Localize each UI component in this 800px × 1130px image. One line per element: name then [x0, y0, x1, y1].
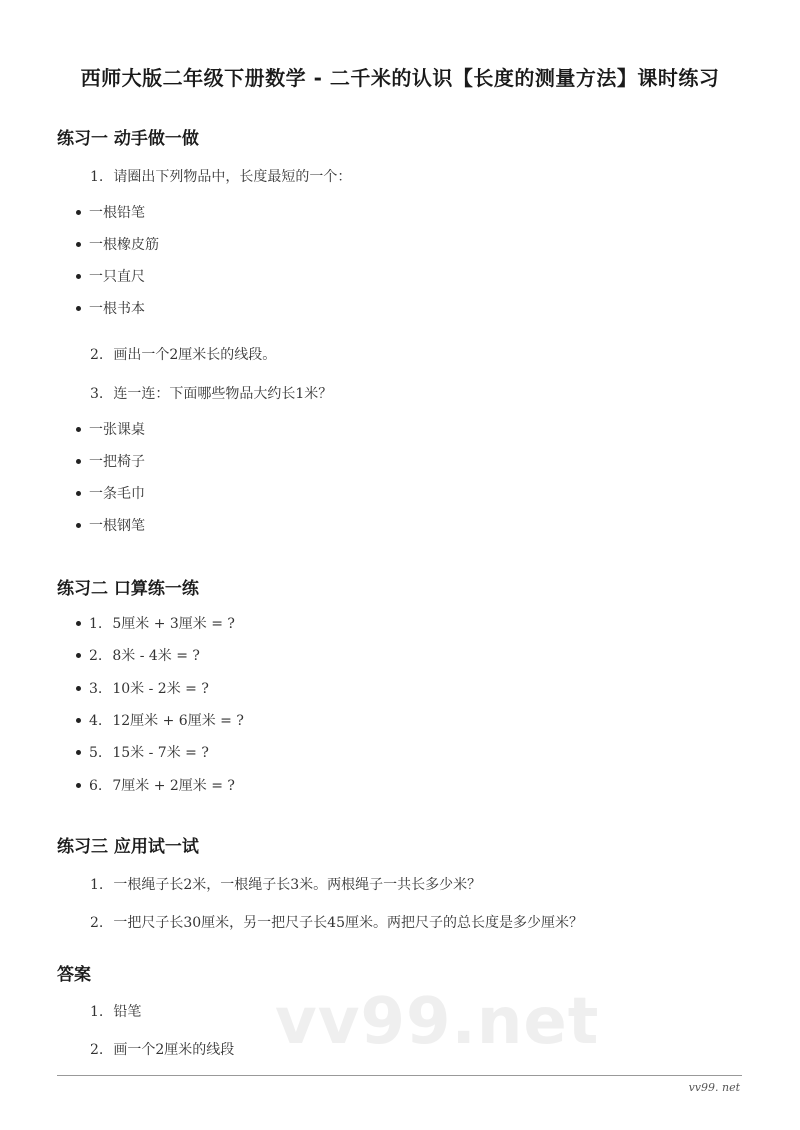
calc-item: 4.12厘米 + 6厘米 = ? — [76, 710, 244, 730]
option-item: 一根钢笔 — [76, 515, 145, 535]
option-text: 一张课桌 — [89, 422, 145, 438]
bullet-icon — [76, 750, 81, 755]
word-problem: 1.一根绳子长2米，一根绳子长3米。两根绳子一共长多少米？ — [90, 874, 481, 894]
option-text: 一根钢笔 — [89, 518, 145, 534]
option-text: 一把椅子 — [89, 454, 145, 470]
section-heading-3: 练习三 应用试一试 — [57, 832, 199, 857]
option-item: 一把椅子 — [76, 451, 145, 471]
item-number: 6. — [89, 778, 102, 794]
bullet-icon — [76, 523, 81, 528]
calc-item: 3.10米 - 2米 = ? — [76, 678, 209, 698]
question-1-3: 3.连一连：下面哪些物品大约长1米？ — [90, 383, 332, 403]
question-number: 2. — [90, 347, 103, 363]
bullet-icon — [76, 783, 81, 788]
item-number: 5. — [89, 745, 102, 761]
bullet-icon — [76, 210, 81, 215]
item-number: 3. — [89, 681, 102, 697]
option-item: 一张课桌 — [76, 419, 145, 439]
option-item: 一根书本 — [76, 298, 145, 318]
option-text: 一根书本 — [89, 301, 145, 317]
calc-item: 1.5厘米 + 3厘米 = ? — [76, 613, 235, 633]
option-text: 一只直尺 — [89, 269, 145, 285]
item-number: 2. — [90, 1042, 103, 1058]
calc-item: 6.7厘米 + 2厘米 = ? — [76, 775, 235, 795]
item-number: 2. — [89, 648, 102, 664]
item-text: 7厘米 + 2厘米 = ? — [112, 778, 235, 794]
calc-item: 5.15米 - 7米 = ? — [76, 742, 209, 762]
bullet-icon — [76, 686, 81, 691]
bullet-icon — [76, 621, 81, 626]
item-number: 4. — [89, 713, 102, 729]
section-heading-1: 练习一 动手做一做 — [57, 124, 199, 149]
option-text: 一根铅笔 — [89, 205, 145, 221]
page-title: 西师大版二年级下册数学 - 二千米的认识【长度的测量方法】课时练习 — [0, 62, 800, 91]
item-number: 1. — [90, 1004, 103, 1020]
watermark: vv99.net — [275, 985, 599, 1059]
option-item: 一条毛巾 — [76, 483, 145, 503]
option-text: 一条毛巾 — [89, 486, 145, 502]
bullet-icon — [76, 718, 81, 723]
item-number: 1. — [89, 616, 102, 632]
footer-divider — [57, 1075, 742, 1076]
bullet-icon — [76, 242, 81, 247]
question-text: 请圈出下列物品中，长度最短的一个： — [113, 169, 351, 185]
item-text: 画一个2厘米的线段 — [113, 1042, 234, 1058]
bullet-icon — [76, 274, 81, 279]
question-number: 3. — [90, 386, 103, 402]
item-number: 1. — [90, 877, 103, 893]
item-text: 12厘米 + 6厘米 = ? — [112, 713, 244, 729]
item-text: 一把尺子长30厘米，另一把尺子长45厘米。两把尺子的总长度是多少厘米？ — [113, 915, 583, 931]
bullet-icon — [76, 653, 81, 658]
question-1-2: 2.画出一个2厘米长的线段。 — [90, 344, 276, 364]
section-heading-answers: 答案 — [57, 960, 91, 985]
option-item: 一只直尺 — [76, 266, 145, 286]
item-text: 10米 - 2米 = ? — [112, 681, 209, 697]
option-item: 一根橡皮筋 — [76, 234, 159, 254]
answer-item: 1.铅笔 — [90, 1001, 141, 1021]
bullet-icon — [76, 306, 81, 311]
option-item: 一根铅笔 — [76, 202, 145, 222]
question-number: 1. — [90, 169, 103, 185]
word-problem: 2.一把尺子长30厘米，另一把尺子长45厘米。两把尺子的总长度是多少厘米？ — [90, 912, 583, 932]
question-text: 连一连：下面哪些物品大约长1米？ — [113, 386, 332, 402]
bullet-icon — [76, 491, 81, 496]
item-number: 2. — [90, 915, 103, 931]
bullet-icon — [76, 459, 81, 464]
item-text: 5厘米 + 3厘米 = ? — [112, 616, 235, 632]
item-text: 铅笔 — [113, 1004, 141, 1020]
question-text: 画出一个2厘米长的线段。 — [113, 347, 276, 363]
item-text: 15米 - 7米 = ? — [112, 745, 209, 761]
bullet-icon — [76, 427, 81, 432]
answer-item: 2.画一个2厘米的线段 — [90, 1039, 234, 1059]
calc-item: 2.8米 - 4米 = ? — [76, 645, 200, 665]
item-text: 8米 - 4米 = ? — [112, 648, 200, 664]
item-text: 一根绳子长2米，一根绳子长3米。两根绳子一共长多少米？ — [113, 877, 481, 893]
question-1-1: 1.请圈出下列物品中，长度最短的一个： — [90, 166, 351, 186]
option-text: 一根橡皮筋 — [89, 237, 159, 253]
section-heading-2: 练习二 口算练一练 — [57, 574, 199, 599]
footer-site: vv99. net — [689, 1081, 740, 1094]
